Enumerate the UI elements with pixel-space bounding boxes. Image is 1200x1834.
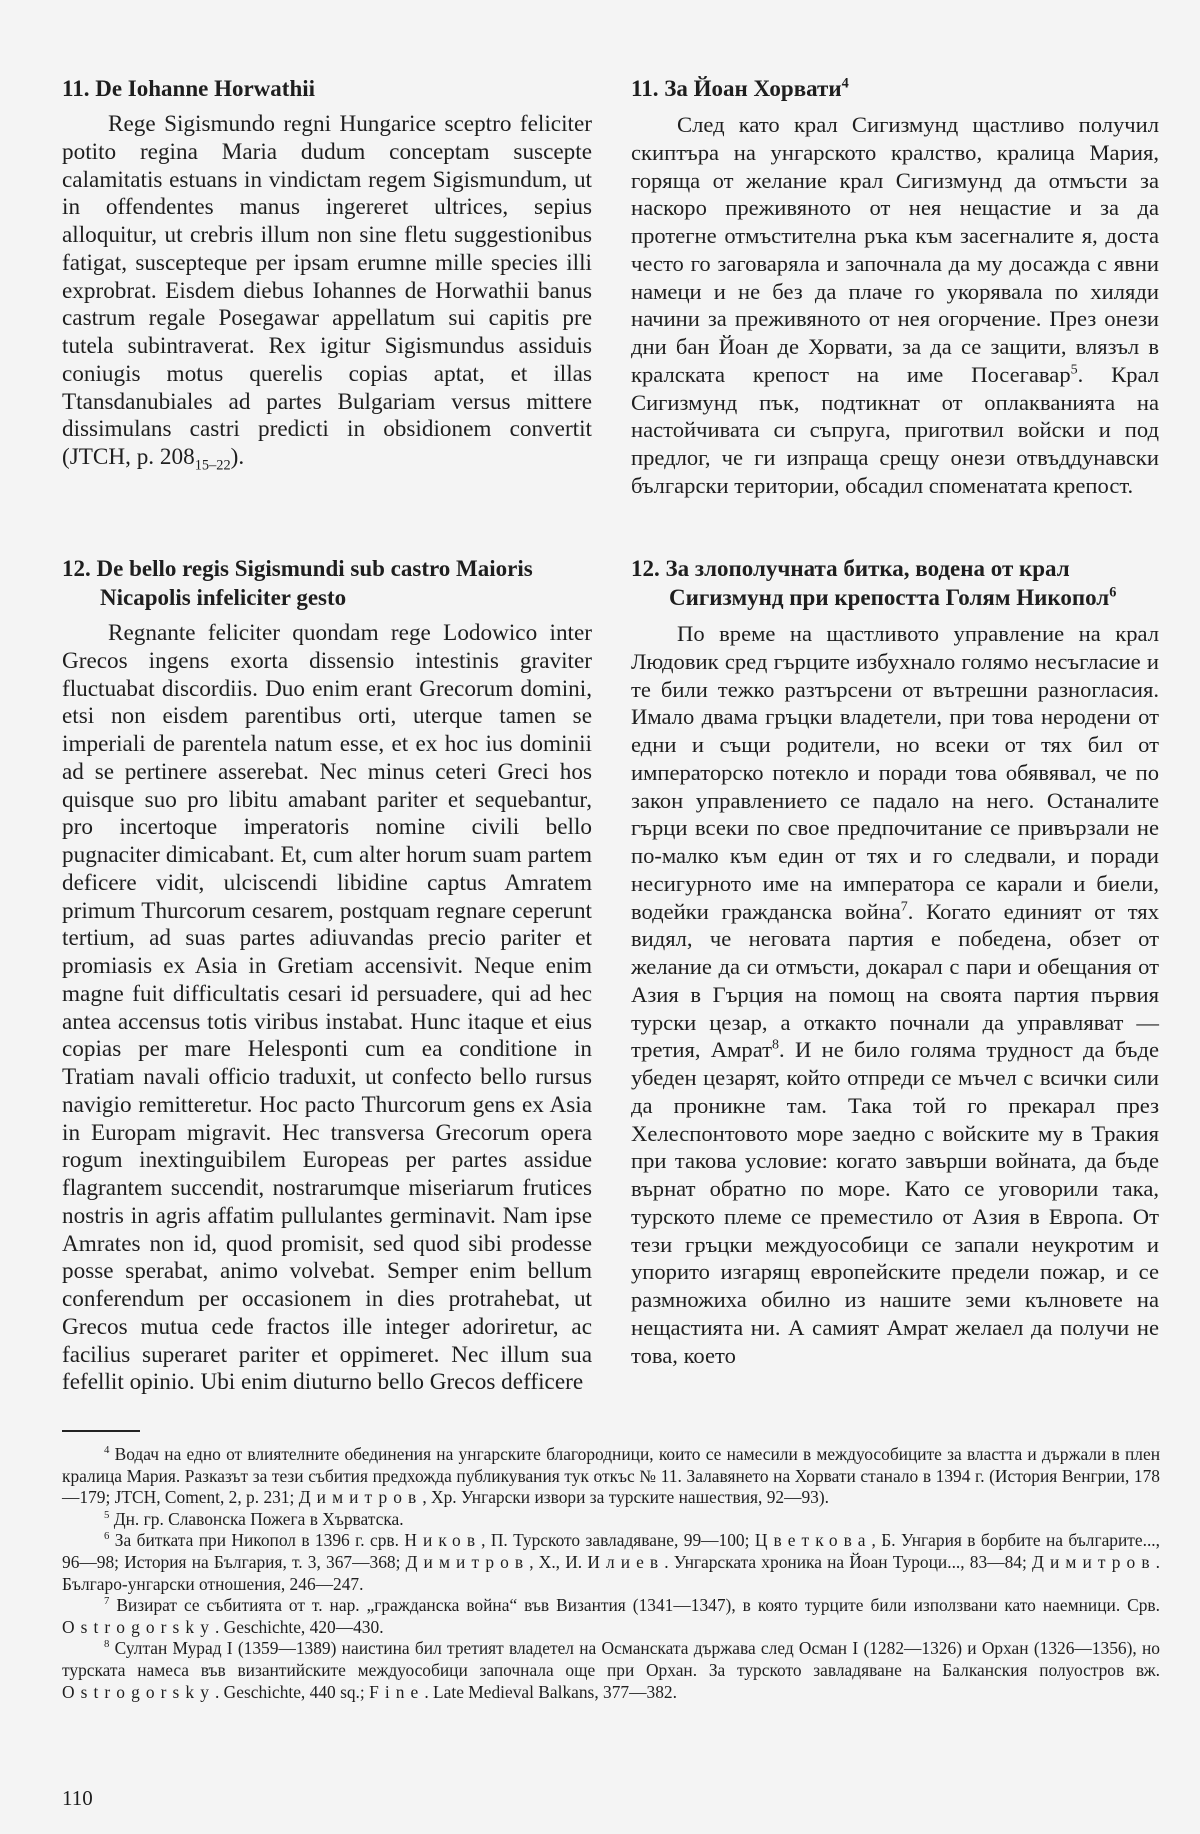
section-body: След като крал Сигизмунд щастливо получи… — [631, 111, 1159, 500]
section-heading: 12. De bello regis Sigismundi sub castro… — [62, 554, 592, 612]
citation-subscript: 15–22 — [195, 458, 231, 474]
author-name: Цветкова — [755, 1530, 872, 1550]
footnote-ref[interactable]: 8 — [772, 1038, 779, 1053]
footnote-ref[interactable]: 4 — [842, 75, 849, 91]
author-name: Ников — [404, 1530, 481, 1550]
footnote-ref[interactable]: 5 — [1071, 362, 1078, 377]
section-heading: 11. De Iohanne Horwathii — [62, 74, 592, 103]
footnote-4: 4 Водач на едно от влиятелните обединени… — [62, 1444, 1160, 1509]
section-body: Rege Sigismundo regni Hungarice sceptro … — [62, 111, 592, 472]
section-11-bulgarian: 11. За Йоан Хорвати4 След като крал Сиги… — [631, 74, 1159, 500]
book-page: 11. De Iohanne Horwathii Rege Sigismundo… — [0, 0, 1200, 1834]
section-body: По време на щастливото управление на кра… — [631, 620, 1159, 1369]
author-name: Димитров — [1032, 1552, 1156, 1572]
page-number: 110 — [62, 1786, 93, 1811]
section-body: Regnante feliciter quondam rege Lodowico… — [62, 620, 592, 1397]
section-heading: 12. За злополучната битка, водена от кра… — [631, 554, 1159, 612]
footnote-7: 7 Визират се събитията от т. нар. „гражд… — [62, 1595, 1160, 1638]
author-name: Димитров — [406, 1552, 530, 1572]
section-11-latin: 11. De Iohanne Horwathii Rege Sigismundo… — [62, 74, 592, 472]
section-12-bulgarian: 12. За злополучната битка, водена от кра… — [631, 554, 1159, 1369]
author-name: Ostrogorsky — [62, 1682, 215, 1702]
footnote-ref[interactable]: 6 — [1109, 584, 1116, 600]
footnote-5: 5 Дн. гр. Славонска Пожега в Хърватска. — [62, 1509, 1160, 1531]
footnote-divider — [62, 1430, 140, 1432]
footnote-ref[interactable]: 7 — [901, 899, 908, 914]
footnote-8: 8 Султан Мурад I (1359—1389) наистина би… — [62, 1638, 1160, 1703]
bulgarian-column: 11. За Йоан Хорвати4 След като крал Сиги… — [631, 74, 1159, 500]
footnote-6: 6 За битката при Никопол в 1396 г. срв. … — [62, 1530, 1160, 1595]
latin-column: 11. De Iohanne Horwathii Rege Sigismundo… — [62, 74, 592, 472]
section-12-latin: 12. De bello regis Sigismundi sub castro… — [62, 554, 592, 1397]
section-heading: 11. За Йоан Хорвати4 — [631, 74, 1159, 103]
author-name: Илиев — [587, 1552, 664, 1572]
author-name: Fine — [369, 1682, 424, 1702]
footnotes: 4 Водач на едно от влиятелните обединени… — [62, 1444, 1160, 1703]
author-name: Ostrogorsky — [62, 1617, 215, 1637]
author-name: Димитров — [299, 1487, 423, 1507]
